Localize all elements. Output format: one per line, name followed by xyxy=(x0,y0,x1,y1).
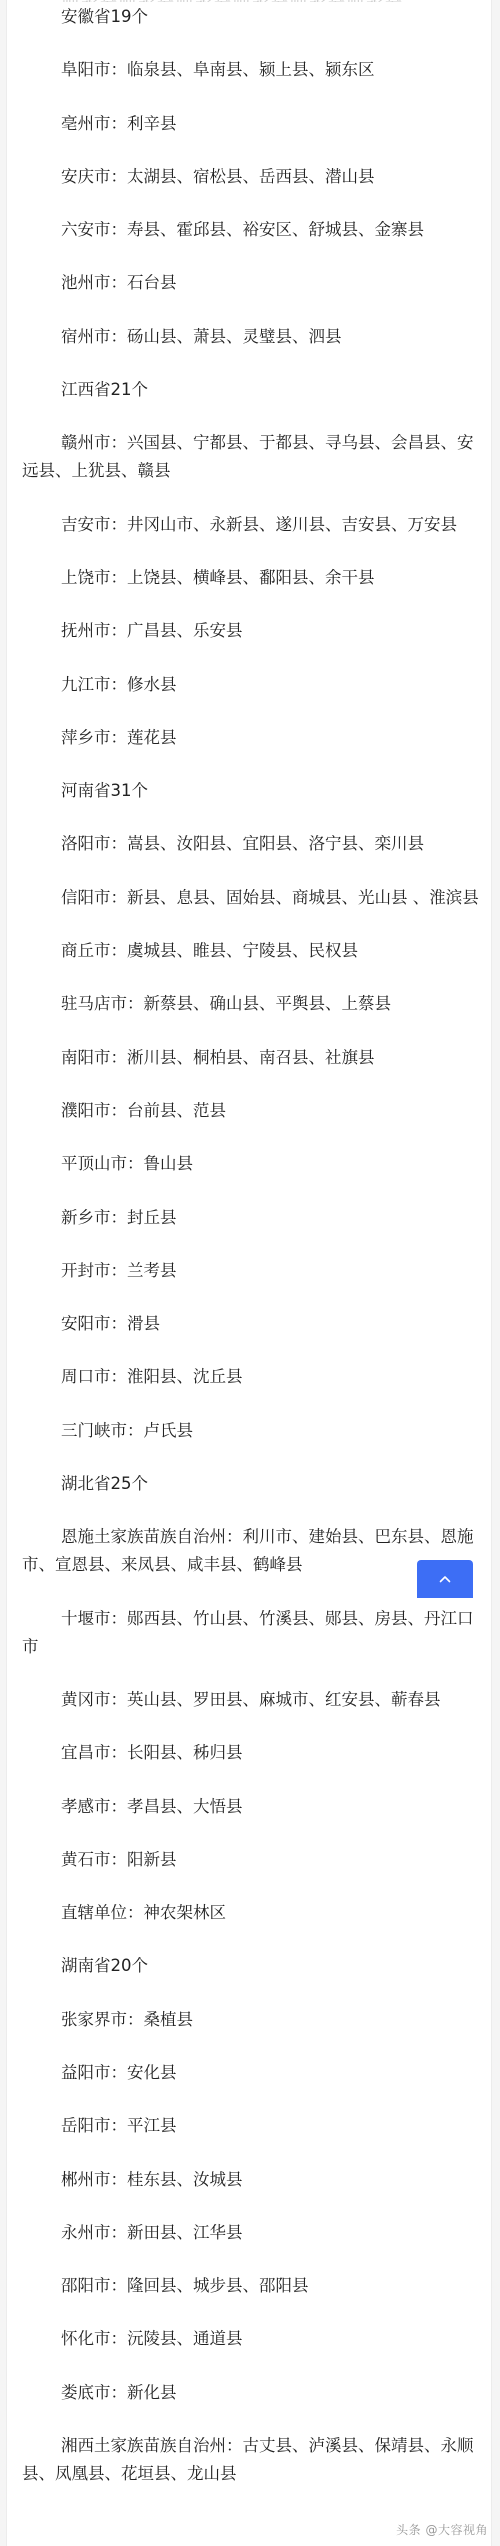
article-body: 安徽省19个 阜阳市：临泉县、阜南县、颍上县、颍东区 亳州市：利辛县 安庆市：太… xyxy=(22,3,479,2513)
paragraph: 怀化市：沅陵县、通道县 xyxy=(22,2325,479,2353)
paragraph: 三门峡市：卢氏县 xyxy=(22,1417,479,1445)
paragraph: 郴州市：桂东县、汝城县 xyxy=(22,2166,479,2194)
paragraph: 九江市：修水县 xyxy=(22,671,479,699)
paragraph: 邵阳市：隆回县、城步县、邵阳县 xyxy=(22,2272,479,2300)
paragraph: 河南省31个 xyxy=(22,777,479,805)
paragraph: 周口市：淮阳县、沈丘县 xyxy=(22,1363,479,1391)
paragraph: 商丘市：虞城县、睢县、宁陵县、民权县 xyxy=(22,937,479,965)
paragraph: 抚州市：广昌县、乐安县 xyxy=(22,617,479,645)
paragraph: 娄底市：新化县 xyxy=(22,2379,479,2407)
paragraph: 宿州市：砀山县、萧县、灵璧县、泗县 xyxy=(22,323,479,351)
paragraph: 宜昌市：长阳县、秭归县 xyxy=(22,1739,479,1767)
watermark: 头条 @大容视角 xyxy=(396,2521,488,2538)
paragraph: 亳州市：利辛县 xyxy=(22,110,479,138)
paragraph: 江西省21个 xyxy=(22,376,479,404)
paragraph: 驻马店市：新蔡县、确山县、平舆县、上蔡县 xyxy=(22,990,479,1018)
paragraph: 信阳市：新县、息县、固始县、商城县、光山县 、淮滨县 xyxy=(22,884,479,912)
paragraph: 濮阳市：台前县、范县 xyxy=(22,1097,479,1125)
paragraph: 洛阳市：嵩县、汝阳县、宜阳县、洛宁县、栾川县 xyxy=(22,830,479,858)
paragraph: 赣州市：兴国县、宁都县、于都县、寻乌县、会昌县、安远县、上犹县、赣县 xyxy=(22,429,479,485)
paragraph: 开封市：兰考县 xyxy=(22,1257,479,1285)
paragraph: 安阳市：滑县 xyxy=(22,1310,479,1338)
paragraph: 孝感市：孝昌县、大悟县 xyxy=(22,1793,479,1821)
paragraph: 南阳市：淅川县、桐柏县、南召县、社旗县 xyxy=(22,1044,479,1072)
paragraph: 池州市：石台县 xyxy=(22,269,479,297)
paragraph: 新乡市：封丘县 xyxy=(22,1204,479,1232)
paragraph: 岳阳市：平江县 xyxy=(22,2112,479,2140)
paragraph: 十堰市：郧西县、竹山县、竹溪县、郧县、房县、丹江口市 xyxy=(22,1605,479,1661)
paragraph: 恩施土家族苗族自治州：利川市、建始县、巴东县、恩施市、宣恩县、来凤县、咸丰县、鹤… xyxy=(22,1523,479,1579)
cut-off-previous-line: 临泉县临泉县临泉县临泉县临泉县临泉县 xyxy=(62,0,462,2)
paragraph: 湖南省20个 xyxy=(22,1952,479,1980)
paragraph: 张家界市：桑植县 xyxy=(22,2006,479,2034)
paragraph: 安庆市：太湖县、宿松县、岳西县、潜山县 xyxy=(22,163,479,191)
paragraph: 益阳市：安化县 xyxy=(22,2059,479,2087)
paragraph: 黄冈市：英山县、罗田县、麻城市、红安县、蕲春县 xyxy=(22,1686,479,1714)
paragraph: 上饶市：上饶县、横峰县、鄱阳县、余干县 xyxy=(22,564,479,592)
paragraph: 吉安市：井冈山市、永新县、遂川县、吉安县、万安县 xyxy=(22,511,479,539)
paragraph: 永州市：新田县、江华县 xyxy=(22,2219,479,2247)
paragraph: 六安市：寿县、霍邱县、裕安区、舒城县、金寨县 xyxy=(22,216,479,244)
paragraph: 安徽省19个 xyxy=(22,3,479,31)
paragraph: 直辖单位：神农架林区 xyxy=(22,1899,479,1927)
back-to-top-button[interactable] xyxy=(417,1560,473,1598)
paragraph: 湘西土家族苗族自治州：古丈县、泸溪县、保靖县、永顺县、凤凰县、花垣县、龙山县 xyxy=(22,2432,479,2488)
paragraph: 平顶山市：鲁山县 xyxy=(22,1150,479,1178)
paragraph: 阜阳市：临泉县、阜南县、颍上县、颍东区 xyxy=(22,56,479,84)
paragraph: 湖北省25个 xyxy=(22,1470,479,1498)
chevron-up-icon xyxy=(439,1575,451,1583)
paragraph: 黄石市：阳新县 xyxy=(22,1846,479,1874)
article-page: 临泉县临泉县临泉县临泉县临泉县临泉县 安徽省19个 阜阳市：临泉县、阜南县、颍上… xyxy=(6,0,492,2546)
paragraph: 萍乡市：莲花县 xyxy=(22,724,479,752)
